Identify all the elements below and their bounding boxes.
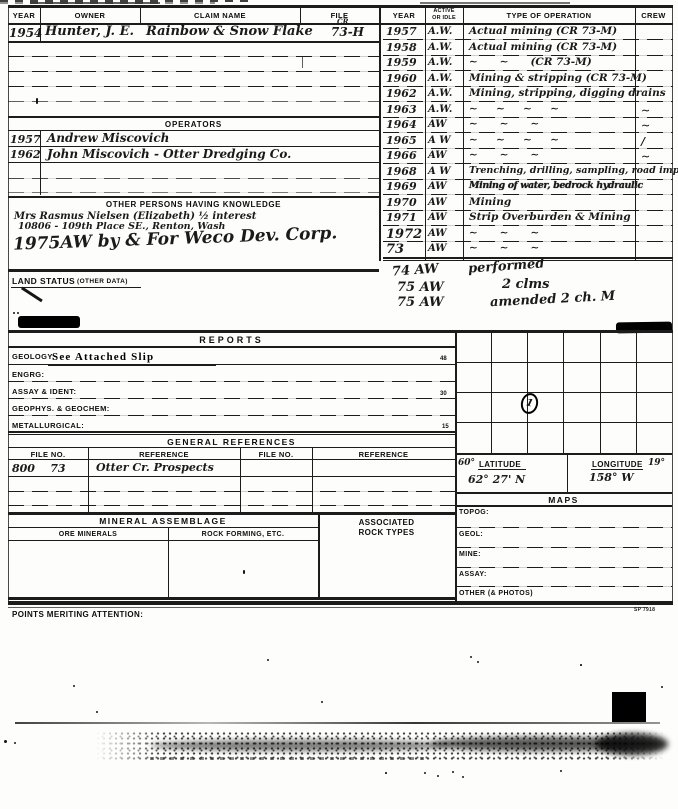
op-year: 1963 — [386, 104, 417, 115]
op-type: ∼ ∼ ∼ — [469, 119, 539, 130]
op-status: A.W. — [428, 58, 452, 68]
op-status: A.W. — [428, 89, 452, 99]
op-crew: ∼ — [641, 151, 650, 162]
op-year: 1965 — [386, 135, 417, 146]
rule — [8, 101, 379, 102]
operation-row: 1959A.W.∼ ∼ (CR 73-M) — [383, 55, 675, 71]
operation-row: 1965A W∼ ∼ ∼ ∼∕ — [383, 133, 675, 149]
maps-row-label: ASSAY: — [459, 571, 487, 578]
claim-name-value: Rainbow & Snow Flake — [146, 25, 313, 38]
scanned-mining-claim-form: YEAR OWNER CLAIM NAME FILE 1954 Hunter, … — [0, 0, 678, 809]
operator-name-value: John Miscovich - Otter Dredging Co. — [47, 148, 291, 160]
rule — [478, 469, 526, 470]
stray-mark — [267, 659, 269, 661]
report-label: GEOLOGY: — [12, 352, 55, 361]
stray-mark — [385, 772, 387, 774]
ops-header-or-idle: OR IDLE — [425, 13, 463, 22]
land-status-subtitle: (OTHER DATA) — [77, 278, 128, 285]
land-status-section: LAND STATUS (OTHER DATA) — [0, 0, 678, 4]
report-label: ASSAY & IDENT: — [12, 387, 76, 396]
op-year: 1966 — [386, 150, 417, 161]
stray-mark — [36, 98, 38, 104]
op-year: 1960 — [386, 73, 417, 84]
op-type: Mining of water, bedrock hydraulic — [469, 181, 643, 191]
operation-row: 1968A WTrenching, drilling, sampling, ro… — [383, 164, 675, 180]
rule — [8, 269, 379, 272]
latitude-corner-note: 60° — [458, 459, 475, 468]
rule — [455, 547, 672, 548]
operation-row: 1960A.W.Mining & stripping (CR 73-M) — [383, 71, 675, 87]
longitude-corner-note: 19° — [648, 459, 665, 468]
scan-line-artifact — [15, 722, 660, 724]
stray-mark — [462, 776, 464, 778]
rule — [8, 162, 379, 163]
rule — [8, 398, 455, 399]
rule — [455, 453, 672, 455]
other-persons-title: OTHER PERSONS HAVING KNOWLEDGE — [8, 198, 379, 210]
rule — [48, 364, 216, 366]
op-type: Mining, stripping, digging drains — [469, 88, 666, 99]
stray-mark — [437, 775, 439, 777]
op-status: A.W. — [428, 43, 452, 53]
geology-value: See Attached Slip — [52, 351, 154, 363]
op-crew: ∼ — [641, 120, 650, 131]
operation-row: 1963A.W.∼ ∼ ∼ ∼∼ — [383, 102, 675, 118]
op-crew: ∕ — [641, 136, 645, 147]
owner-name-value: Hunter, J. E. — [45, 25, 134, 38]
ref-header-reference: REFERENCE — [312, 449, 455, 459]
report-label: GEOPHYS. & GEOCHEM: — [12, 404, 110, 413]
op-type: Trenching, drilling, sampling, road impr… — [469, 166, 678, 176]
stray-mark — [21, 287, 42, 302]
ore-minerals-header: ORE MINERALS — [8, 529, 168, 539]
line-number: 15 — [442, 424, 449, 430]
rule — [240, 447, 241, 512]
rule — [8, 607, 648, 608]
operator-name-value: Andrew Miscovich — [47, 132, 169, 144]
op-status: AW — [428, 198, 447, 208]
rule — [8, 491, 455, 492]
rule — [8, 381, 455, 382]
op-status: A W — [428, 136, 450, 146]
note-text: amended 2 ch. M — [490, 290, 616, 310]
maps-row-label: OTHER (& PHOTOS) — [459, 590, 533, 597]
op-year: 1959 — [386, 57, 417, 68]
op-year: 1958 — [386, 42, 417, 53]
rule — [8, 447, 455, 448]
rule — [455, 330, 457, 603]
associated-rock-types-title-line1: ASSOCIATED — [318, 517, 455, 527]
line-number: 30 — [440, 391, 447, 397]
operation-row: 1958A.W.Actual mining (CR 73-M) — [383, 40, 675, 56]
op-status: AW — [428, 244, 447, 254]
operator-year-value: 1962 — [10, 149, 41, 160]
rock-forming-header: ROCK FORMING, ETC. — [168, 529, 318, 539]
rule — [88, 447, 89, 512]
stray-mark — [14, 742, 16, 744]
op-type: Actual mining (CR 73-M) — [469, 26, 617, 37]
maps-row-label: MINE: — [459, 551, 481, 558]
rule — [591, 469, 643, 470]
rule — [8, 459, 455, 460]
op-year: 1970 — [386, 197, 417, 208]
redaction-blob — [18, 316, 80, 328]
ref-header-file-no: FILE NO. — [8, 449, 88, 459]
operation-row: 1969AWMining of water, bedrock hydraulic — [383, 179, 675, 195]
rule — [8, 86, 379, 87]
report-label: METALLURGICAL: — [12, 421, 84, 430]
line-number: 48 — [440, 356, 447, 362]
op-type: Mining — [469, 197, 511, 208]
stray-mark — [321, 701, 323, 703]
rule — [8, 56, 379, 57]
op-status: AW — [428, 229, 447, 239]
smudge — [150, 757, 430, 760]
note-text: 2 clms — [502, 278, 550, 291]
op-year: 1957 — [386, 26, 417, 37]
mineral-assemblage-title: MINERAL ASSEMBLAGE — [8, 515, 318, 527]
rule — [300, 5, 301, 23]
rule — [168, 527, 169, 597]
points-meriting-attention-label: POINTS MERITING ATTENTION: — [12, 610, 143, 619]
rule — [8, 597, 455, 600]
op-type: ∼ ∼ ∼ ∼ — [469, 135, 559, 146]
stray-mark — [4, 740, 7, 743]
op-status: AW — [428, 120, 447, 130]
rule — [455, 422, 672, 423]
op-status: AW — [428, 182, 447, 192]
rule — [8, 540, 318, 541]
file-superscript-value: CR — [337, 18, 348, 25]
rule — [140, 5, 141, 23]
reports-title: REPORTS — [8, 333, 455, 346]
op-status: A.W. — [428, 74, 452, 84]
operator-year-value: 1957 — [10, 134, 41, 145]
maps-title: MAPS — [455, 494, 672, 505]
rule — [455, 586, 672, 587]
land-status-title: LAND STATUS — [12, 276, 75, 286]
owners-header-claim-name: CLAIM NAME — [140, 8, 300, 23]
rule — [455, 527, 672, 528]
rule — [8, 476, 455, 477]
file-value: 73-H — [331, 26, 364, 38]
rule — [455, 392, 672, 393]
rule — [379, 5, 381, 261]
rule — [8, 415, 455, 416]
rule — [8, 346, 455, 348]
op-year: 73 — [386, 243, 404, 256]
op-type: ∼ ∼ ∼ ∼ — [469, 104, 559, 115]
owners-header-owner: OWNER — [40, 8, 140, 23]
note-year: 75 AW — [397, 296, 444, 309]
rule — [0, 2, 215, 4]
operation-row: 1964AW∼ ∼ ∼∼ — [383, 117, 675, 133]
rule — [8, 527, 318, 528]
stray-mark — [17, 312, 19, 314]
op-status: A W — [428, 167, 450, 177]
note-year: 75 AW — [397, 281, 444, 294]
operation-row: 1957A.W.Actual mining (CR 73-M) — [383, 24, 675, 40]
operation-row: 1970AWMining — [383, 195, 675, 211]
ref-header-reference: REFERENCE — [88, 449, 240, 459]
rule — [8, 505, 455, 506]
stray-mark — [470, 656, 472, 658]
op-status: A.W. — [428, 27, 452, 37]
longitude-value: 158° W — [589, 472, 634, 483]
op-crew: ∼ — [641, 105, 650, 116]
operation-row: 73AW∼ ∼ ∼ — [383, 241, 675, 257]
stray-mark — [424, 772, 426, 774]
smudge — [596, 733, 668, 755]
note-year: 74 AW — [392, 262, 439, 278]
smudge — [150, 740, 450, 751]
note-text: performed — [468, 257, 545, 275]
stray-mark — [73, 685, 75, 687]
rule — [8, 71, 379, 72]
op-type: ∼ ∼ ∼ — [469, 243, 539, 254]
op-status: A.W. — [428, 105, 452, 115]
owner-year-value: 1954 — [9, 27, 42, 39]
rule — [8, 431, 455, 433]
maps-row-label: TOPOG: — [459, 509, 489, 516]
rule — [312, 447, 313, 512]
form-number: SP 7918 — [634, 607, 655, 613]
op-year: 1962 — [386, 88, 417, 99]
stray-mark — [13, 312, 15, 314]
ops-header-year: YEAR — [383, 8, 425, 23]
stray-mark — [661, 686, 663, 688]
stray-mark — [560, 770, 562, 772]
stray-mark — [452, 771, 454, 773]
op-year: 1969 — [386, 181, 417, 192]
stray-mark — [96, 711, 98, 713]
op-year: 1972 — [386, 228, 422, 241]
operation-row: 1972AW∼ ∼ ∼ — [383, 226, 675, 242]
op-type: ∼ ∼ (CR 73-M) — [469, 57, 592, 68]
ops-header-type: TYPE OF OPERATION — [463, 8, 635, 23]
stray-mark — [477, 661, 479, 663]
rule — [455, 505, 672, 507]
general-references-title: GENERAL REFERENCES — [8, 436, 455, 447]
latitude-label: LATITUDE — [479, 460, 521, 469]
black-square-artifact — [612, 692, 646, 722]
rule — [420, 2, 570, 4]
op-year: 1968 — [386, 166, 417, 177]
ref-file-no-value: 800 73 — [12, 463, 66, 474]
operation-row: 1966AW∼ ∼ ∼∼ — [383, 148, 675, 164]
maps-row-label: GEOL: — [459, 531, 483, 538]
op-year: 1971 — [386, 212, 417, 223]
rule — [455, 362, 672, 363]
rule — [8, 601, 673, 605]
rule — [567, 453, 568, 492]
op-type: ∼ ∼ ∼ — [469, 150, 539, 161]
op-type: ∼ ∼ ∼ — [469, 228, 539, 239]
rule — [8, 434, 455, 435]
report-label: ENGRG: — [12, 370, 44, 379]
op-type: Actual mining (CR 73-M) — [469, 42, 617, 53]
op-status: AW — [428, 213, 447, 223]
ref-header-file-no: FILE NO. — [240, 449, 312, 459]
op-status: AW — [428, 151, 447, 161]
op-year: 1964 — [386, 119, 417, 130]
longitude-label: LONGITUDE — [592, 460, 643, 469]
operation-row: 1971AWStrip Overburden & Mining — [383, 210, 675, 226]
rule — [8, 192, 379, 193]
stray-mark — [243, 570, 245, 574]
rule — [8, 178, 379, 179]
rule — [455, 567, 672, 568]
operators-title: OPERATORS — [8, 118, 379, 130]
op-type: Strip Overburden & Mining — [469, 212, 631, 223]
op-type: Mining & stripping (CR 73-M) — [469, 73, 647, 84]
circled-number: 1 — [519, 391, 541, 415]
owners-header-year: YEAR — [8, 8, 40, 23]
latitude-value: 62° 27' N — [468, 474, 525, 485]
ref-reference-value: Otter Cr. Prospects — [96, 462, 214, 473]
associated-rock-types-title-line2: ROCK TYPES — [318, 527, 455, 537]
ops-header-crew: CREW — [635, 8, 672, 23]
rule — [11, 287, 141, 288]
operation-row: 1962A.W.Mining, stripping, digging drain… — [383, 86, 675, 102]
rule — [8, 41, 379, 43]
stray-mark — [580, 664, 582, 666]
stray-mark — [302, 56, 303, 68]
